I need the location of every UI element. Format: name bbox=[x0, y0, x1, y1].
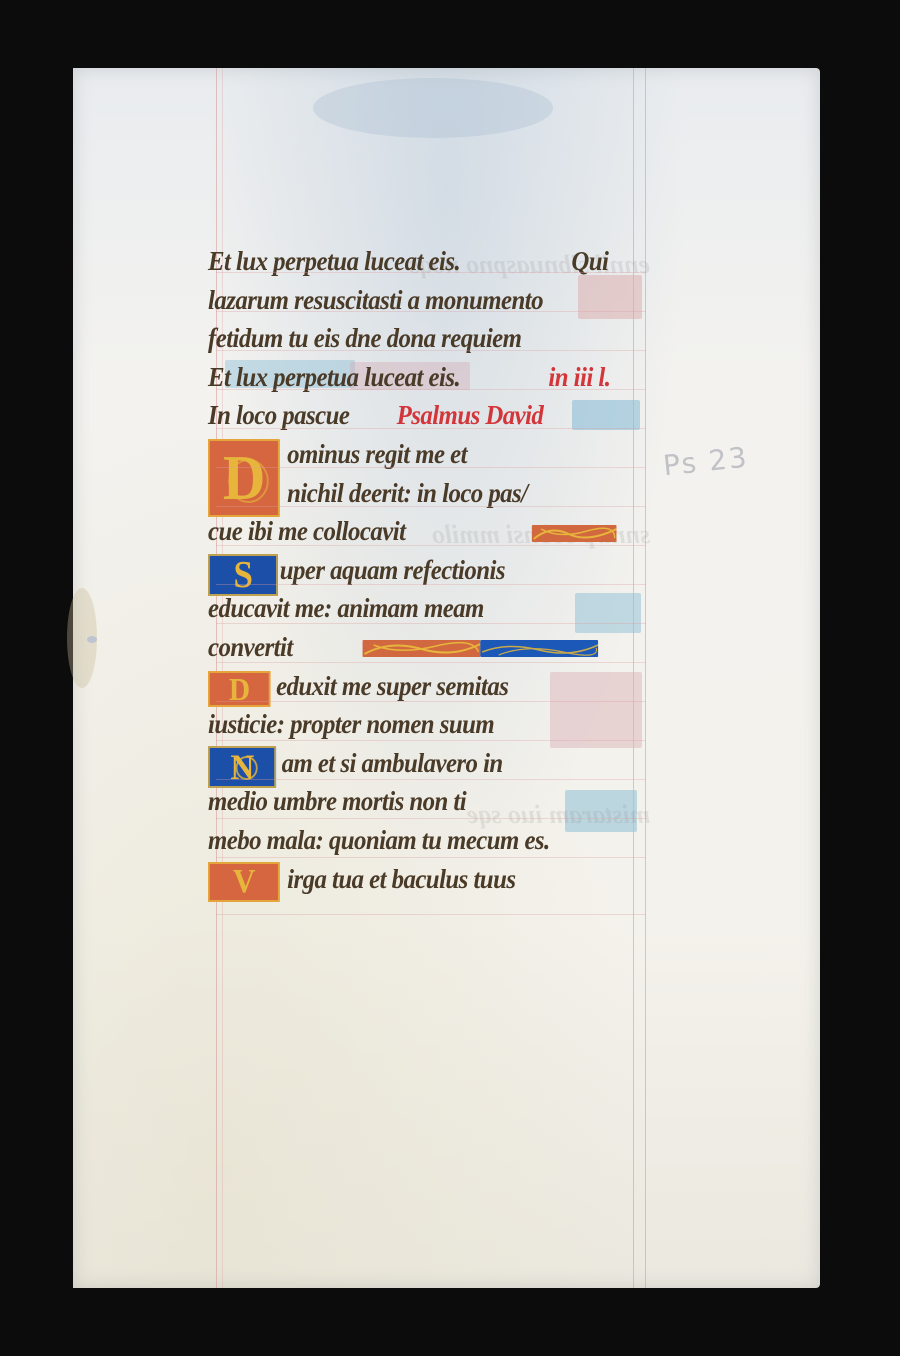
gold-vine-icon bbox=[532, 525, 617, 542]
text-line: fetidum tu eis dne dona requiem bbox=[208, 319, 613, 358]
ruling-h bbox=[216, 272, 646, 273]
gold-vine-icon bbox=[363, 640, 481, 657]
ruling-h bbox=[216, 623, 646, 624]
text-line: V irga tua et baculus tuus bbox=[208, 860, 613, 899]
text-line: Et lux perpetua luceat eis. Qui bbox=[208, 242, 613, 281]
line-filler-blue bbox=[480, 640, 598, 657]
ruling-h bbox=[216, 428, 646, 429]
gold-vine-icon bbox=[480, 640, 598, 657]
ruling-h bbox=[216, 740, 646, 741]
rubric-text: in iii l. bbox=[548, 358, 610, 396]
ruling-h bbox=[216, 350, 646, 351]
ruling-h bbox=[216, 506, 646, 507]
text-line: In loco pascue Psalmus David bbox=[208, 396, 613, 435]
offset-stain bbox=[313, 78, 553, 138]
text-line: Et lux perpetua luceat eis. in iii l. bbox=[208, 358, 613, 397]
line-filler-red bbox=[363, 640, 481, 657]
line-tail: Qui bbox=[571, 242, 608, 280]
text-line: mebo mala: quoniam tu mecum es. bbox=[208, 821, 613, 860]
text-line: D eduxit me super semitas bbox=[208, 667, 613, 706]
illuminated-initial-v: V bbox=[208, 862, 280, 902]
ruling-h bbox=[216, 545, 646, 546]
ruling-h bbox=[216, 467, 646, 468]
line-filler-red bbox=[532, 525, 617, 542]
ruling-h bbox=[216, 389, 646, 390]
text-line: lazarum resuscitasti a monumento bbox=[208, 281, 613, 320]
text-line: N am et si ambulavero in bbox=[208, 744, 613, 783]
text-line: convertit bbox=[208, 628, 613, 667]
ruling-h bbox=[216, 914, 646, 915]
text-line: iusticie: propter nomen suum bbox=[208, 705, 613, 744]
ruling-h bbox=[216, 662, 646, 663]
ruling-h bbox=[216, 701, 646, 702]
nick-mark bbox=[87, 636, 97, 643]
ruling-h bbox=[216, 311, 646, 312]
ruling-h bbox=[216, 857, 646, 858]
ruling-h bbox=[216, 818, 646, 819]
ruling-h bbox=[216, 779, 646, 780]
text-column: Et lux perpetua luceat eis. Qui lazarum … bbox=[208, 242, 648, 898]
text-line: medio umbre mortis non ti bbox=[208, 782, 613, 821]
ruling-h bbox=[216, 584, 646, 585]
